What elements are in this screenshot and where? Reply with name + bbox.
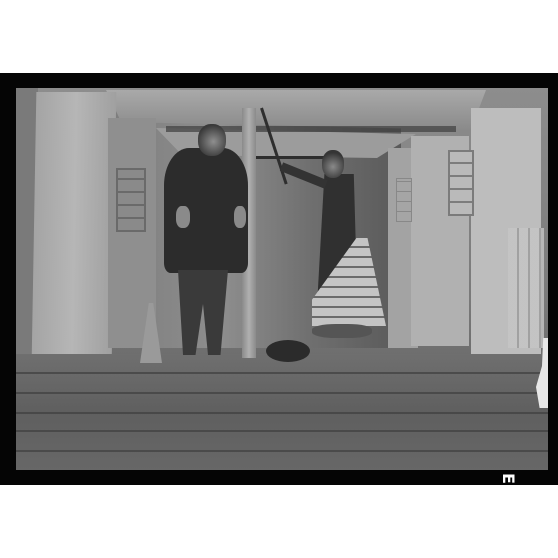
- floor-plank-line: [16, 412, 548, 414]
- catalog-number: E.3664: [498, 473, 518, 533]
- window-right-small: [396, 178, 412, 222]
- arched-panels: [508, 228, 544, 348]
- floor-plank-line: [16, 450, 548, 452]
- woman-feet: [312, 324, 372, 338]
- man-hand-left: [176, 206, 190, 228]
- window-left: [116, 168, 146, 232]
- stage-scene: [16, 88, 548, 470]
- window-right: [448, 150, 474, 216]
- painted-flat-left: [32, 92, 117, 362]
- bundle-on-floor: [266, 340, 310, 362]
- man-hand-right: [234, 206, 246, 228]
- floor-plank-line: [16, 430, 548, 432]
- floor-plank-line: [16, 372, 548, 374]
- woman-head: [322, 150, 344, 178]
- man-head: [198, 124, 226, 156]
- stage-floor: [16, 354, 548, 470]
- photo-plate: E.3664: [0, 73, 558, 485]
- floor-plank-line: [16, 392, 548, 394]
